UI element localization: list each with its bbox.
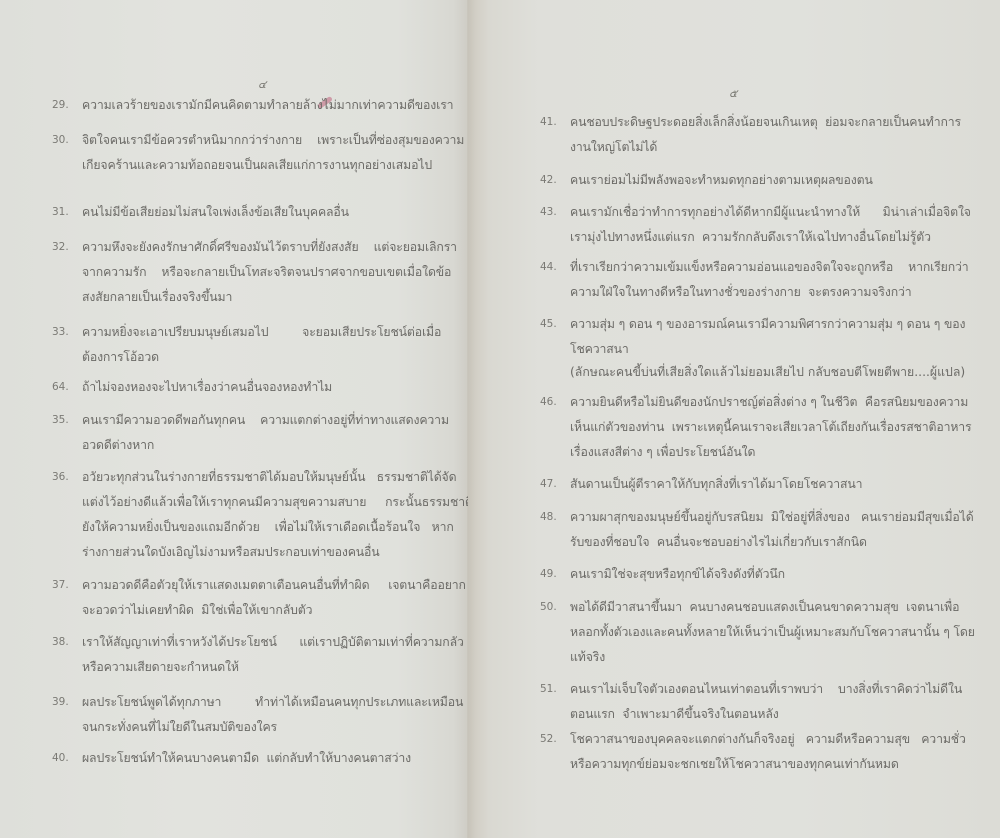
entry-number: 30. (52, 128, 82, 153)
entry-text: คนชอบประดิษฐประดอยสิ่งเล็กสิ่งน้อยจนเกิน… (540, 110, 980, 160)
maxim-entry: 32. ความหึงจะยังคงรักษาศักดิ์ศรีของมันไว… (52, 235, 476, 310)
translator-note: (ลักษณะคนขี้บ่นที่เสียสิ่งใดแล้วไม่ยอมเส… (570, 363, 965, 382)
entry-text: ความหยิ่งจะเอาเปรียบมนุษย์เสมอไป จะยอมเส… (52, 320, 476, 370)
entry-text: ถ้าไม่จองหองจะไปหาเรื่องว่าคนอื่นจองหองท… (52, 375, 476, 400)
entry-number: 33. (52, 320, 82, 345)
entry-text: คนเราย่อมไม่มีพลังพอจะทำหมดทุกอย่างตามเห… (540, 168, 980, 193)
entry-number: 44. (540, 255, 570, 280)
maxim-entry: 40. ผลประโยชน์ทำให้คนบางคนตามืด แต่กลับท… (52, 746, 476, 771)
entry-number: 52. (540, 727, 570, 752)
entry-text: ความเลวร้ายของเรามักมีคนคิดตามทำลายล้างไ… (52, 93, 476, 118)
maxim-entry: 48. ความผาสุกของมนุษย์ขึ้นอยู่กับรสนิยม … (540, 505, 980, 555)
open-book-spread: ๔ 29. ความเลวร้ายของเรามักมีคนคิดตามทำลา… (0, 0, 1000, 838)
entry-number: 35. (52, 408, 82, 433)
entry-text: คนเรามิใช่จะสุขหรือทุกข์ได้จริงดังที่ตัว… (540, 562, 980, 587)
entry-number: 39. (52, 690, 82, 715)
entry-number: 40. (52, 746, 82, 771)
maxim-entry: 50. พอได้ดีมีวาสนาขึ้นมา คนบางคนชอบแสดงเ… (540, 595, 980, 670)
maxim-entry: 42. คนเราย่อมไม่มีพลังพอจะทำหมดทุกอย่างต… (540, 168, 980, 193)
maxim-entry: 39. ผลประโยชน์พูดได้ทุกภาษา ทำท่าได้เหมื… (52, 690, 476, 740)
maxim-entry: 36. อวัยวะทุกส่วนในร่างกายที่ธรรมชาติได้… (52, 465, 476, 565)
entry-text: โชควาสนาของบุคคลจะแตกต่างกันก็จริงอยู่ ค… (540, 727, 980, 777)
maxim-entry: 29. ความเลวร้ายของเรามักมีคนคิดตามทำลายล… (52, 93, 476, 118)
entry-text: ผลประโยชน์พูดได้ทุกภาษา ทำท่าได้เหมือนคน… (52, 690, 476, 740)
entry-text: คนเรามักเชื่อว่าทำการทุกอย่างได้ดีหากมีผ… (540, 200, 980, 250)
maxim-entry: 41. คนชอบประดิษฐประดอยสิ่งเล็กสิ่งน้อยจน… (540, 110, 980, 160)
maxim-entry: 30. จิตใจคนเรามีข้อควรตำหนิมากกว่าร่างกา… (52, 128, 476, 178)
maxim-entry: 64. ถ้าไม่จองหองจะไปหาเรื่องว่าคนอื่นจอง… (52, 375, 476, 400)
entry-text: คนเรามีความอวดดีพอกันทุกคน ความแตกต่างอย… (52, 408, 476, 458)
entry-text: ที่เราเรียกว่าความเข้มแข็งหรือความอ่อนแอ… (540, 255, 980, 305)
entry-number: 45. (540, 312, 570, 337)
book-gutter (468, 0, 488, 838)
entry-text: พอได้ดีมีวาสนาขึ้นมา คนบางคนชอบแสดงเป็นค… (540, 595, 980, 670)
entry-number: 36. (52, 465, 82, 490)
entry-number: 32. (52, 235, 82, 260)
maxim-entry: 38. เราให้สัญญาเท่าที่เราหวังได้ประโยชน์… (52, 630, 476, 680)
maxim-entry: 51. คนเราไม่เจ็บใจตัวเองตอนไหนเท่าตอนที่… (540, 677, 980, 727)
entry-number: 49. (540, 562, 570, 587)
entry-number: 50. (540, 595, 570, 620)
entry-text: ความยินดีหรือไม่ยินดีของนักปราชญ์ต่อสิ่ง… (540, 390, 980, 465)
maxim-entry: 47. สันดานเป็นผู้ตีราคาให้กับทุกสิ่งที่เ… (540, 472, 980, 497)
entry-number: 51. (540, 677, 570, 702)
maxim-entry: 35. คนเรามีความอวดดีพอกันทุกคน ความแตกต่… (52, 408, 476, 458)
entry-text: คนเราไม่เจ็บใจตัวเองตอนไหนเท่าตอนที่เราพ… (540, 677, 980, 727)
entry-text: สันดานเป็นผู้ตีราคาให้กับทุกสิ่งที่เราได… (540, 472, 980, 497)
maxim-entry: 49. คนเรามิใช่จะสุขหรือทุกข์ได้จริงดังที… (540, 562, 980, 587)
maxim-entry: 44. ที่เราเรียกว่าความเข้มแข็งหรือความอ่… (540, 255, 980, 305)
page-number-left: ๔ (258, 75, 266, 93)
entry-number: 46. (540, 390, 570, 415)
entry-number: 47. (540, 472, 570, 497)
entry-text: คนไม่มีข้อเสียย่อมไม่สนใจเพ่งเล็งข้อเสีย… (52, 200, 476, 225)
entry-text: จิตใจคนเรามีข้อควรตำหนิมากกว่าร่างกาย เพ… (52, 128, 476, 178)
entry-text: ความสุ่ม ๆ ดอน ๆ ของอารมณ์คนเรามีความพิศ… (540, 312, 980, 362)
maxim-entry: 45. ความสุ่ม ๆ ดอน ๆ ของอารมณ์คนเรามีควา… (540, 312, 980, 362)
entry-number: 48. (540, 505, 570, 530)
maxim-entry: 33. ความหยิ่งจะเอาเปรียบมนุษย์เสมอไป จะย… (52, 320, 476, 370)
entry-text: ความอวดดีคือตัวยุให้เราแสดงเมตตาเตือนคนอ… (52, 573, 476, 623)
entry-text: ผลประโยชน์ทำให้คนบางคนตามืด แต่กลับทำให้… (52, 746, 476, 771)
entry-text: ความหึงจะยังคงรักษาศักดิ์ศรีของมันไว้ตรา… (52, 235, 476, 310)
page-number-right: ๕ (729, 84, 737, 102)
entry-number: 29. (52, 93, 82, 118)
maxim-entry: 31. คนไม่มีข้อเสียย่อมไม่สนใจเพ่งเล็งข้อ… (52, 200, 476, 225)
left-page: ๔ 29. ความเลวร้ายของเรามักมีคนคิดตามทำลา… (0, 0, 468, 838)
entry-number: 64. (52, 375, 82, 400)
right-page: ๕ 41. คนชอบประดิษฐประดอยสิ่งเล็กสิ่งน้อย… (488, 0, 1000, 838)
maxim-entry: 52. โชควาสนาของบุคคลจะแตกต่างกันก็จริงอย… (540, 727, 980, 777)
entry-number: 41. (540, 110, 570, 135)
entry-text: ความผาสุกของมนุษย์ขึ้นอยู่กับรสนิยม มิใช… (540, 505, 980, 555)
entry-text: เราให้สัญญาเท่าที่เราหวังได้ประโยชน์ แต่… (52, 630, 476, 680)
entry-text: อวัยวะทุกส่วนในร่างกายที่ธรรมชาติได้มอบใ… (52, 465, 476, 565)
entry-number: 38. (52, 630, 82, 655)
entry-number: 42. (540, 168, 570, 193)
maxim-entry: 46. ความยินดีหรือไม่ยินดีของนักปราชญ์ต่อ… (540, 390, 980, 465)
maxim-entry: 43. คนเรามักเชื่อว่าทำการทุกอย่างได้ดีหา… (540, 200, 980, 250)
maxim-entry: 37. ความอวดดีคือตัวยุให้เราแสดงเมตตาเตือ… (52, 573, 476, 623)
entry-number: 31. (52, 200, 82, 225)
entry-number: 43. (540, 200, 570, 225)
entry-number: 37. (52, 573, 82, 598)
